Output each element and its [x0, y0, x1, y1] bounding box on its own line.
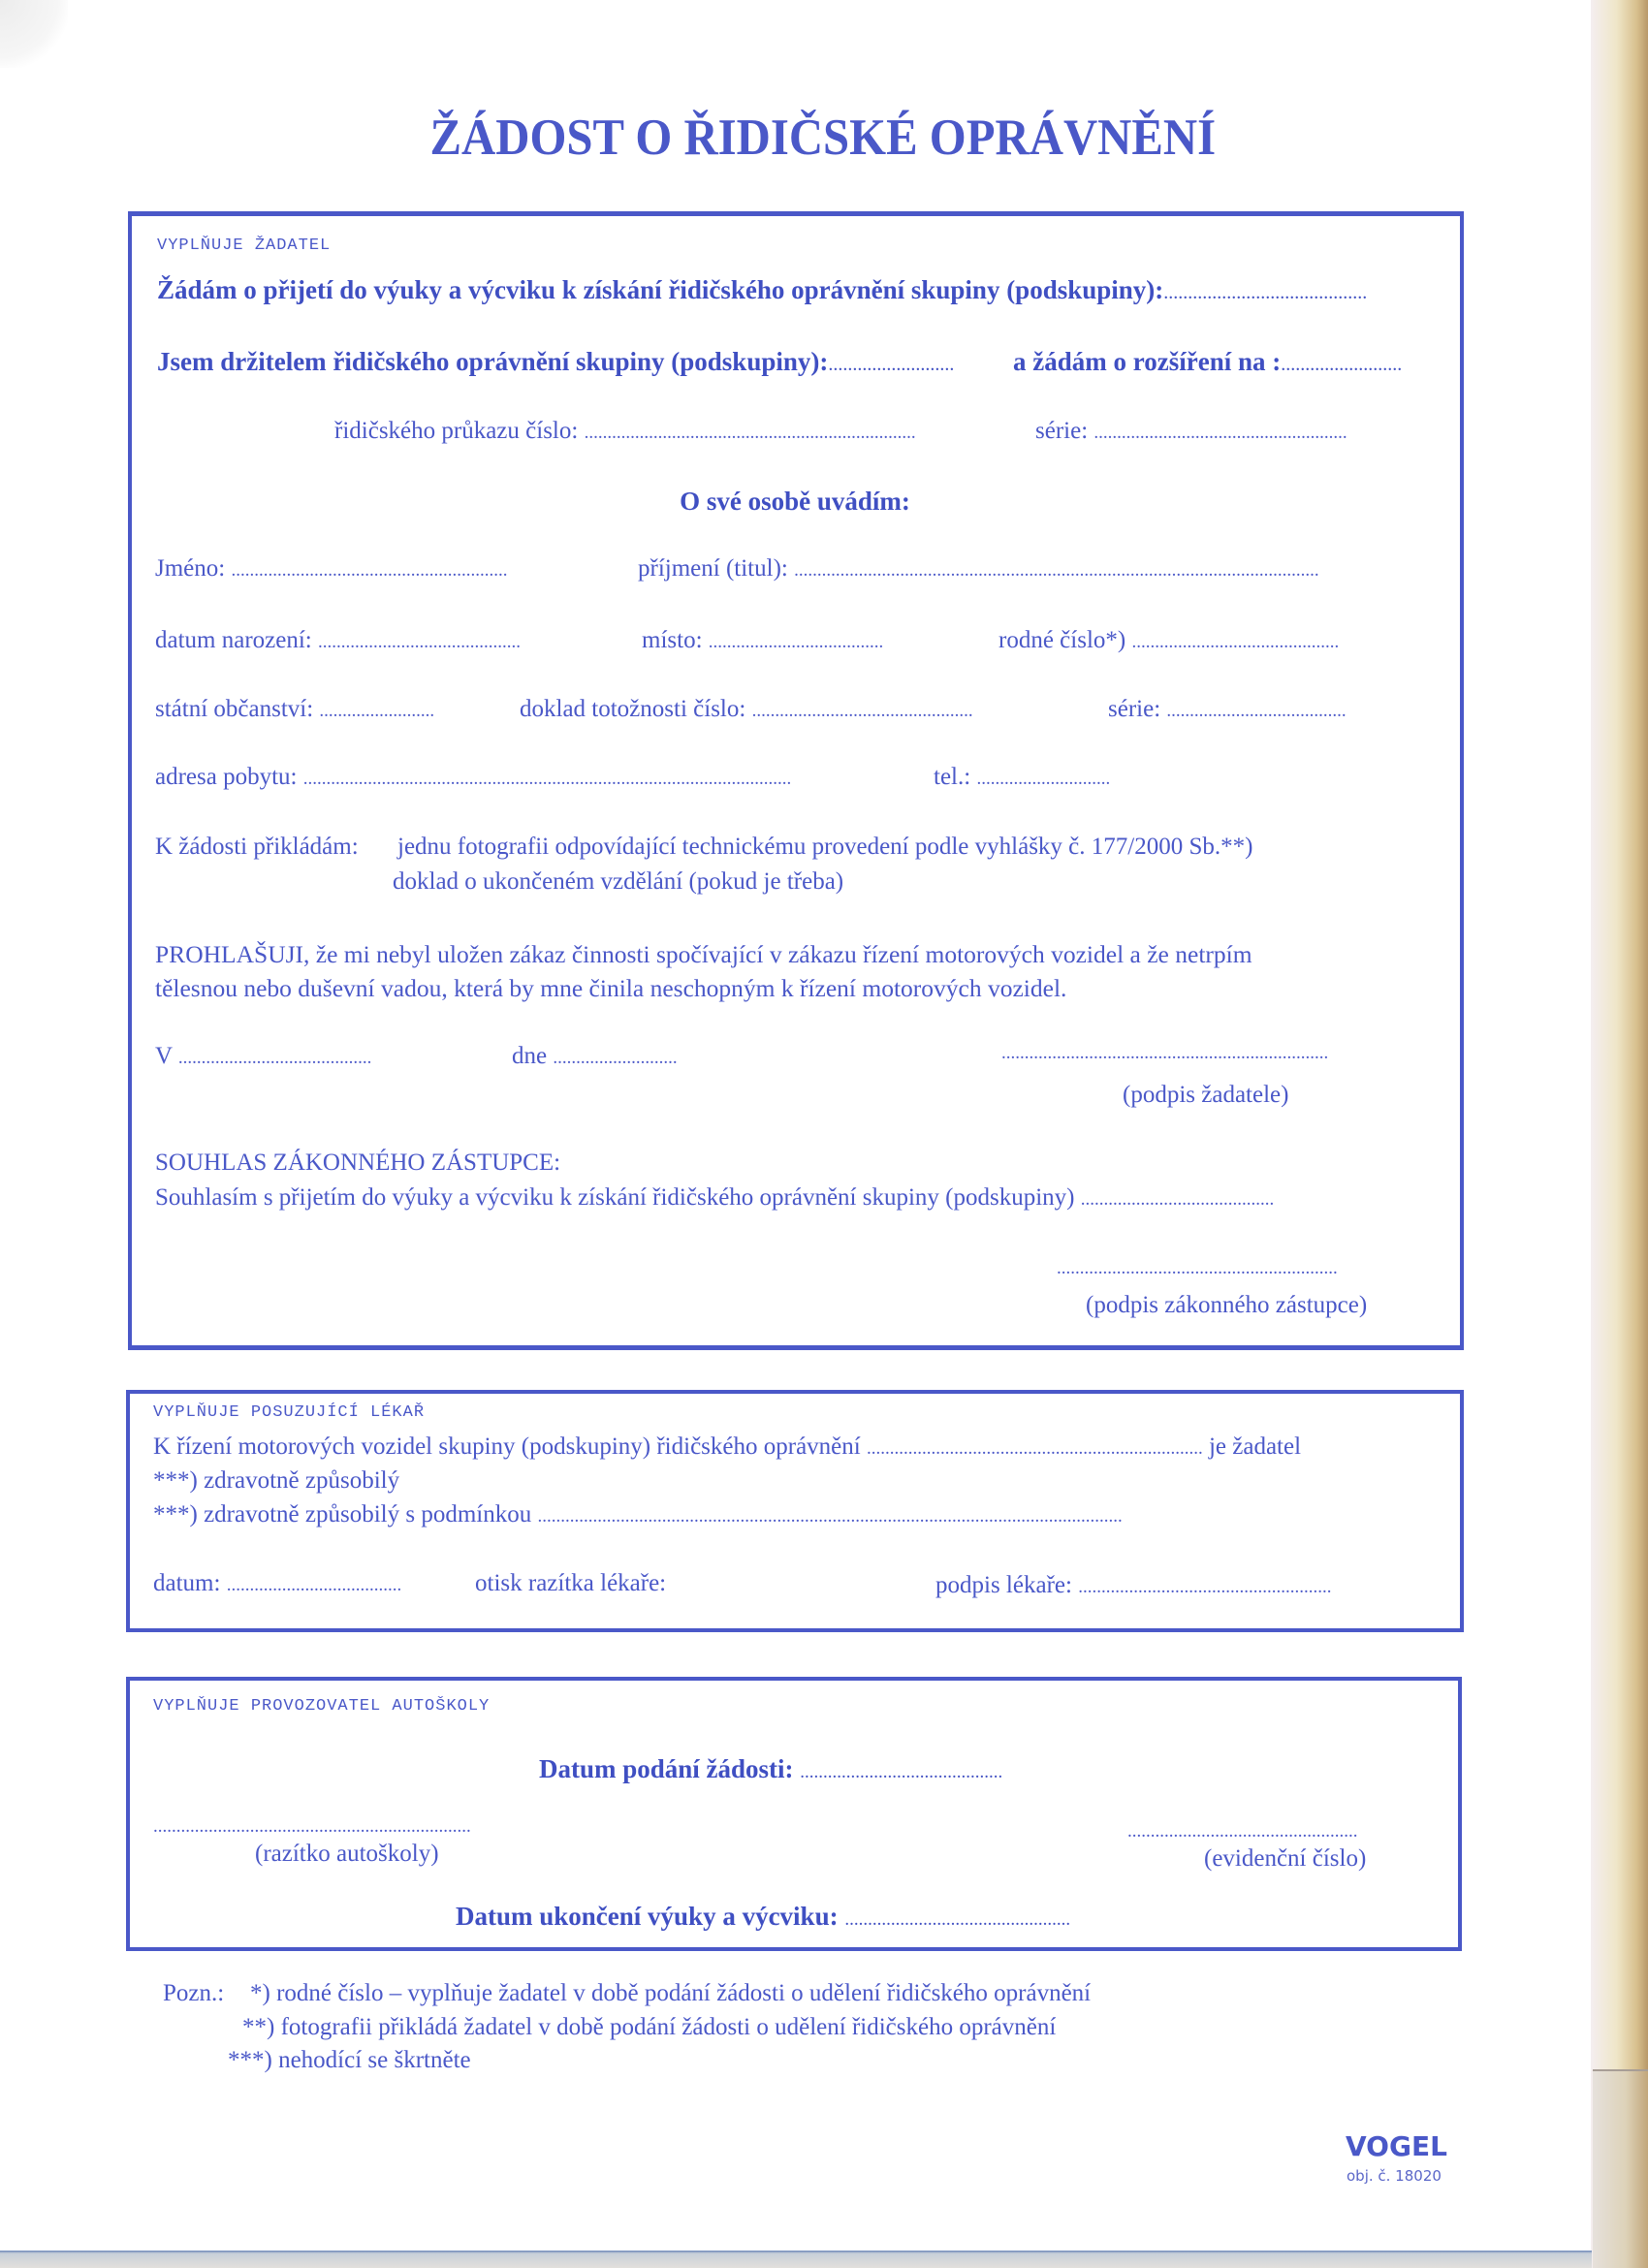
doctor-signature-dots: ........................................… [1078, 1577, 1331, 1597]
option-conditional-dots: ........................................… [537, 1506, 1122, 1527]
attachments-label: K žádosti přikládám: [155, 834, 359, 861]
guardian-consent-dots: ........................................… [1081, 1189, 1275, 1210]
place-label: V [155, 1043, 173, 1069]
completion-date-dots: ........................................… [844, 1909, 1070, 1930]
doctor-date-label: datum: [153, 1570, 220, 1596]
school-section-label: VYPLŇUJE PROVOZOVATEL AUTOŠKOLY [153, 1697, 490, 1716]
completion-date-field[interactable]: Datum ukončení výuky a výcviku: ........… [456, 1902, 1070, 1932]
request-group-label: Žádám o přijetí do výuky a výcviku k zís… [157, 275, 1163, 304]
id-document-field[interactable]: doklad totožnosti číslo: ...............… [520, 696, 973, 723]
birth-date-field[interactable]: datum narození: ........................… [155, 627, 521, 654]
doctor-signature-label: podpis lékaře: [935, 1572, 1072, 1598]
date-label: dne [512, 1043, 547, 1069]
birth-number-dots: ........................................… [1131, 632, 1339, 652]
doctor-section-label: VYPLŇUJE POSUZUJÍCÍ LÉKAŘ [153, 1403, 425, 1422]
doctor-date-dots: ...................................... [227, 1575, 402, 1595]
first-name-field[interactable]: Jméno: .................................… [155, 555, 507, 583]
license-series-field[interactable]: série: .................................… [1035, 418, 1347, 445]
guardian-signature-field[interactable]: ........................................… [1057, 1258, 1338, 1279]
extension-dots: ......................... [1281, 354, 1402, 375]
held-group-label: Jsem držitelem řidičského oprávnění skup… [157, 347, 828, 376]
address-field[interactable]: adresa pobytu: .........................… [155, 764, 791, 791]
extension-field[interactable]: a žádám o rozšíření na :................… [1013, 347, 1402, 377]
request-group-field[interactable]: Žádám o přijetí do výuky a výcviku k zís… [157, 275, 1367, 305]
license-series-dots: ........................................… [1093, 423, 1347, 443]
first-name-label: Jméno: [155, 555, 225, 582]
option-conditional-field[interactable]: ***) zdravotně způsobilý s podmínkou ...… [153, 1501, 1123, 1528]
doctor-stamp-label: otisk razítka lékaře: [475, 1570, 666, 1597]
page-edge-shadow-lower [1593, 2069, 1648, 2268]
citizenship-field[interactable]: státní občanství: ......................… [155, 696, 434, 723]
school-stamp-caption: (razítko autoškoly) [255, 1841, 439, 1868]
guardian-consent-field[interactable]: Souhlasím s přijetím do výuky a výcviku … [155, 1184, 1274, 1212]
request-group-dots: ........................................… [1163, 282, 1367, 303]
guardian-consent-heading: SOUHLAS ZÁKONNÉHO ZÁSTUPCE: [155, 1150, 560, 1177]
personal-info-heading: O své osobě uvádím: [0, 487, 1590, 517]
address-label: adresa pobytu: [155, 764, 297, 790]
submission-date-label: Datum podání žádosti: [539, 1754, 794, 1783]
doctor-group-dots: ........................................… [867, 1438, 1203, 1459]
attachment-item-photo: jednu fotografii odpovídající technickém… [397, 834, 1252, 861]
date-dots: ........................... [553, 1048, 677, 1068]
birth-number-label: rodné číslo*) [998, 627, 1125, 653]
id-series-field[interactable]: série: .................................… [1108, 696, 1347, 723]
declaration-line-1: PROHLAŠUJI, že mi nebyl uložen zákaz čin… [155, 940, 1252, 969]
license-number-dots: ........................................… [585, 423, 916, 443]
publisher-logo: VOGEL [1346, 2130, 1447, 2162]
order-number: obj. č. 18020 [1347, 2167, 1442, 2185]
doctor-group-label: K řízení motorových vozidel skupiny (pod… [153, 1433, 861, 1460]
phone-field[interactable]: tel.: ............................. [934, 764, 1110, 791]
first-name-dots: ........................................… [231, 560, 507, 581]
notes-prefix: Pozn.: [163, 1980, 224, 2007]
page-corner [0, 0, 68, 68]
surname-label: příjmení (titul): [638, 555, 788, 582]
submission-date-field[interactable]: Datum podání žádosti: ..................… [539, 1754, 1002, 1784]
submission-date-dots: ........................................… [800, 1762, 1002, 1782]
option-fit[interactable]: ***) zdravotně způsobilý [153, 1467, 399, 1495]
completion-date-label: Datum ukončení výuky a výcviku: [456, 1902, 839, 1931]
doctor-group-field[interactable]: K řízení motorových vozidel skupiny (pod… [153, 1433, 1301, 1461]
guardian-consent-label: Souhlasím s přijetím do výuky a výcviku … [155, 1184, 1075, 1211]
applicant-signature-caption: (podpis žadatele) [1123, 1082, 1288, 1109]
attachment-item-education: doklad o ukončeném vzdělání (pokud je tř… [393, 868, 843, 896]
birth-place-dots: ...................................... [709, 632, 884, 652]
id-series-label: série: [1108, 696, 1160, 722]
page-edge-shadow [1591, 0, 1648, 2268]
phone-dots: ............................. [976, 769, 1110, 789]
id-document-dots: ........................................… [752, 701, 973, 721]
applicant-signature-field[interactable]: ........................................… [1001, 1043, 1328, 1064]
doctor-date-field[interactable]: datum: .................................… [153, 1570, 401, 1597]
place-dots: ........................................… [178, 1048, 372, 1068]
option-conditional-label: ***) zdravotně způsobilý s podmínkou [153, 1501, 531, 1528]
birth-place-field[interactable]: místo: .................................… [642, 627, 883, 654]
license-number-label: řidičského průkazu číslo: [334, 418, 578, 444]
guardian-signature-caption: (podpis zákonného zástupce) [1086, 1292, 1367, 1319]
birth-place-label: místo: [642, 627, 703, 653]
registration-number-field[interactable]: ........................................… [1127, 1821, 1358, 1843]
school-stamp-field[interactable]: ........................................… [153, 1816, 471, 1838]
declaration-line-2: tělesnou nebo duševní vadou, která by mn… [155, 974, 1066, 1003]
applicant-section-label: VYPLŇUJE ŽADATEL [157, 236, 331, 255]
address-dots: ........................................… [303, 769, 792, 789]
id-series-dots: ....................................... [1166, 701, 1346, 721]
held-group-dots: .......................... [828, 354, 954, 375]
birth-date-label: datum narození: [155, 627, 312, 653]
note-photo: **) fotografii přikládá žadatel v době p… [242, 2014, 1056, 2041]
doctor-signature-field[interactable]: podpis lékaře: .........................… [935, 1572, 1331, 1599]
note-strike: ***) nehodící se škrtněte [228, 2047, 471, 2074]
birth-date-dots: ........................................… [318, 632, 521, 652]
phone-label: tel.: [934, 764, 970, 790]
surname-field[interactable]: příjmení (titul): ......................… [638, 555, 1319, 583]
page-title: ŽÁDOST O ŘIDIČSKÉ OPRÁVNĚNÍ [65, 109, 1581, 167]
registration-number-caption: (evidenční číslo) [1204, 1845, 1366, 1873]
date-field[interactable]: dne ........................... [512, 1043, 678, 1070]
extension-label: a žádám o rozšíření na : [1013, 347, 1281, 376]
surname-dots: ........................................… [794, 560, 1319, 581]
id-document-label: doklad totožnosti číslo: [520, 696, 745, 722]
license-number-field[interactable]: řidičského průkazu číslo: ..............… [334, 418, 916, 445]
page-bottom-edge [0, 2251, 1592, 2268]
license-series-label: série: [1035, 418, 1088, 444]
citizenship-dots: ......................... [319, 701, 434, 721]
citizenship-label: státní občanství: [155, 696, 313, 722]
held-group-field[interactable]: Jsem držitelem řidičského oprávnění skup… [157, 347, 954, 377]
place-field[interactable]: V ......................................… [155, 1043, 371, 1070]
doctor-group-suffix: je žadatel [1209, 1433, 1301, 1460]
birth-number-field[interactable]: rodné číslo*) ..........................… [998, 627, 1339, 654]
note-birth-number: *) rodné číslo – vyplňuje žadatel v době… [250, 1980, 1091, 2007]
